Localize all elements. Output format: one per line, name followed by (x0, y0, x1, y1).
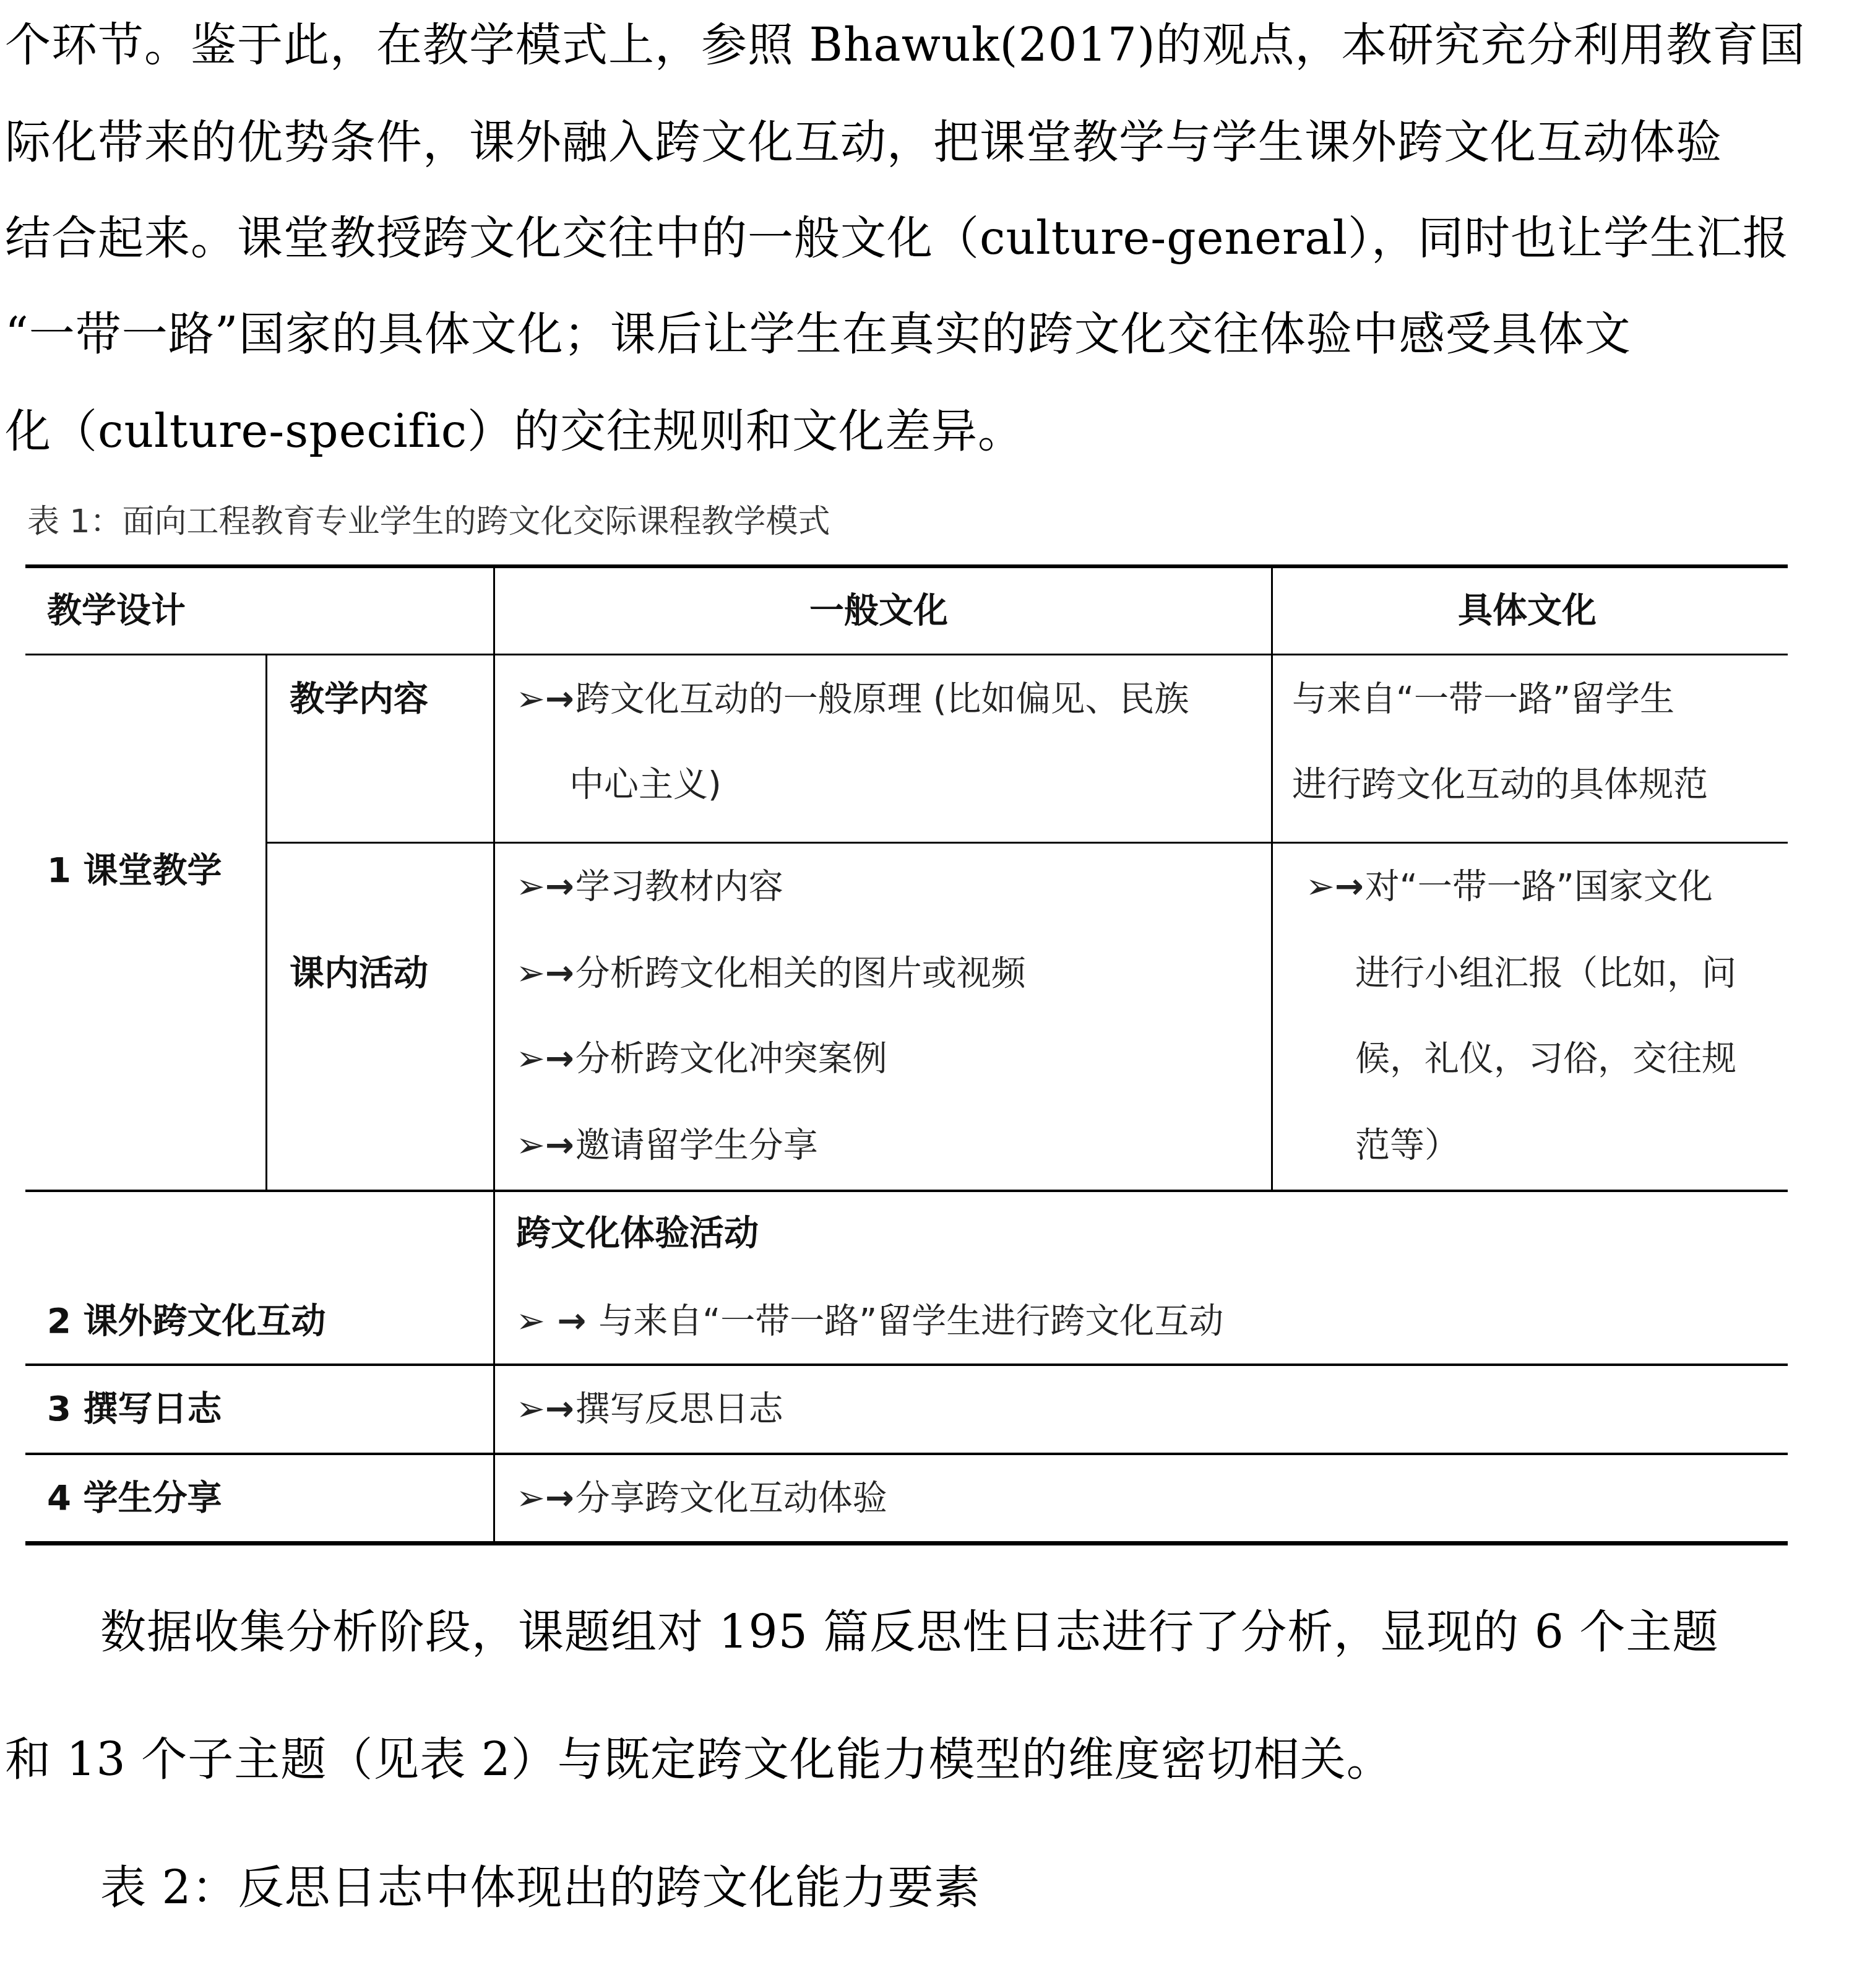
subrow-activities-label: 课内活动 (290, 952, 428, 995)
row-extracurricular-label: 2 课外跨文化互动 (47, 1300, 325, 1343)
table-col-rule (493, 566, 495, 1544)
arrow-bullet-icon: ➢→ (516, 1389, 574, 1429)
table-col-rule (1271, 566, 1273, 1191)
header-culture-general: 一般文化 (809, 589, 948, 633)
table-row-rule (25, 1364, 1788, 1366)
row-classroom-label: 1 课堂教学 (47, 849, 222, 892)
table-bottom-rule (25, 1541, 1788, 1545)
table-header-rule (25, 654, 1788, 655)
activities-specific-line: 进行小组汇报（比如，问 (1355, 952, 1736, 995)
sharing-item: ➢→分享跨文化互动体验 (516, 1477, 887, 1520)
table-col-rule (265, 655, 267, 1191)
activities-specific-line: 候，礼仪，习俗，交往规 (1355, 1037, 1736, 1081)
arrow-bullet-icon: ➢→ (516, 1039, 574, 1079)
paragraph-line: 数据收集分析阶段，课题组对 195 篇反思性日志进行了分析，显现的 6 个主题 (100, 1604, 1718, 1660)
row-sharing-label: 4 学生分享 (47, 1477, 222, 1520)
activities-specific-line: 范等） (1355, 1124, 1459, 1167)
table1-caption: 表 1：面向工程教育专业学生的跨文化交际课程教学模式 (27, 500, 830, 543)
header-teaching-design: 教学设计 (47, 589, 186, 633)
paragraph-line: 个环节。鉴于此，在教学模式上，参照 Bhawuk(2017)的观点，本研究充分利… (5, 17, 1806, 73)
activities-specific-line: ➢→对“一带一路”国家文化 (1306, 865, 1713, 909)
row-journal-label: 3 撰写日志 (47, 1388, 222, 1431)
arrow-bullet-icon: ➢→ (516, 1478, 574, 1518)
paragraph-line: “一带一路”国家的具体文化；课后让学生在真实的跨文化交往体验中感受具体文 (5, 306, 1631, 362)
content-general-line: ➢→跨文化互动的一般原理 (比如偏见、民族 (516, 678, 1189, 721)
paragraph-line: 际化带来的优势条件，课外融入跨文化互动，把课堂教学与学生课外跨文化互动体验 (5, 115, 1722, 170)
arrow-bullet-icon: ➢→ (1306, 867, 1364, 907)
paragraph-line: 结合起来。课堂教授跨文化交往中的一般文化（culture-general），同时… (5, 210, 1789, 266)
arrow-bullet-icon: ➢→ (516, 867, 574, 907)
extracurricular-item: ➢ → 与来自“一带一路”留学生进行跨文化互动 (516, 1300, 1223, 1343)
paragraph-line: 化（culture-specific）的交往规则和文化差异。 (5, 404, 1024, 459)
extracurricular-heading: 跨文化体验活动 (516, 1212, 759, 1255)
table-top-rule (25, 564, 1788, 568)
activity-item: ➢→分析跨文化相关的图片或视频 (516, 952, 1026, 995)
content-specific-line: 与来自“一带一路”留学生 (1292, 678, 1674, 721)
arrow-bullet-icon: ➢→ (516, 953, 574, 993)
arrow-bullet-icon: ➢→ (516, 679, 574, 719)
paragraph-line: 和 13 个子主题（见表 2）与既定跨文化能力模型的维度密切相关。 (5, 1732, 1393, 1787)
journal-item: ➢→撰写反思日志 (516, 1388, 783, 1431)
arrow-bullet-icon: ➢ → (516, 1301, 586, 1341)
subrow-content-label: 教学内容 (290, 678, 428, 721)
header-culture-specific: 具体文化 (1458, 589, 1597, 633)
table2-caption: 表 2：反思日志中体现出的跨文化能力要素 (100, 1860, 981, 1916)
table-row-rule (25, 1453, 1788, 1455)
content-specific-line: 进行跨文化互动的具体规范 (1292, 763, 1708, 806)
activity-item: ➢→学习教材内容 (516, 865, 783, 909)
arrow-bullet-icon: ➢→ (516, 1125, 574, 1165)
table-row-rule (25, 1190, 1788, 1192)
activity-item: ➢→分析跨文化冲突案例 (516, 1037, 887, 1081)
activity-item: ➢→邀请留学生分享 (516, 1124, 818, 1167)
content-general-line: 中心主义) (569, 763, 722, 806)
